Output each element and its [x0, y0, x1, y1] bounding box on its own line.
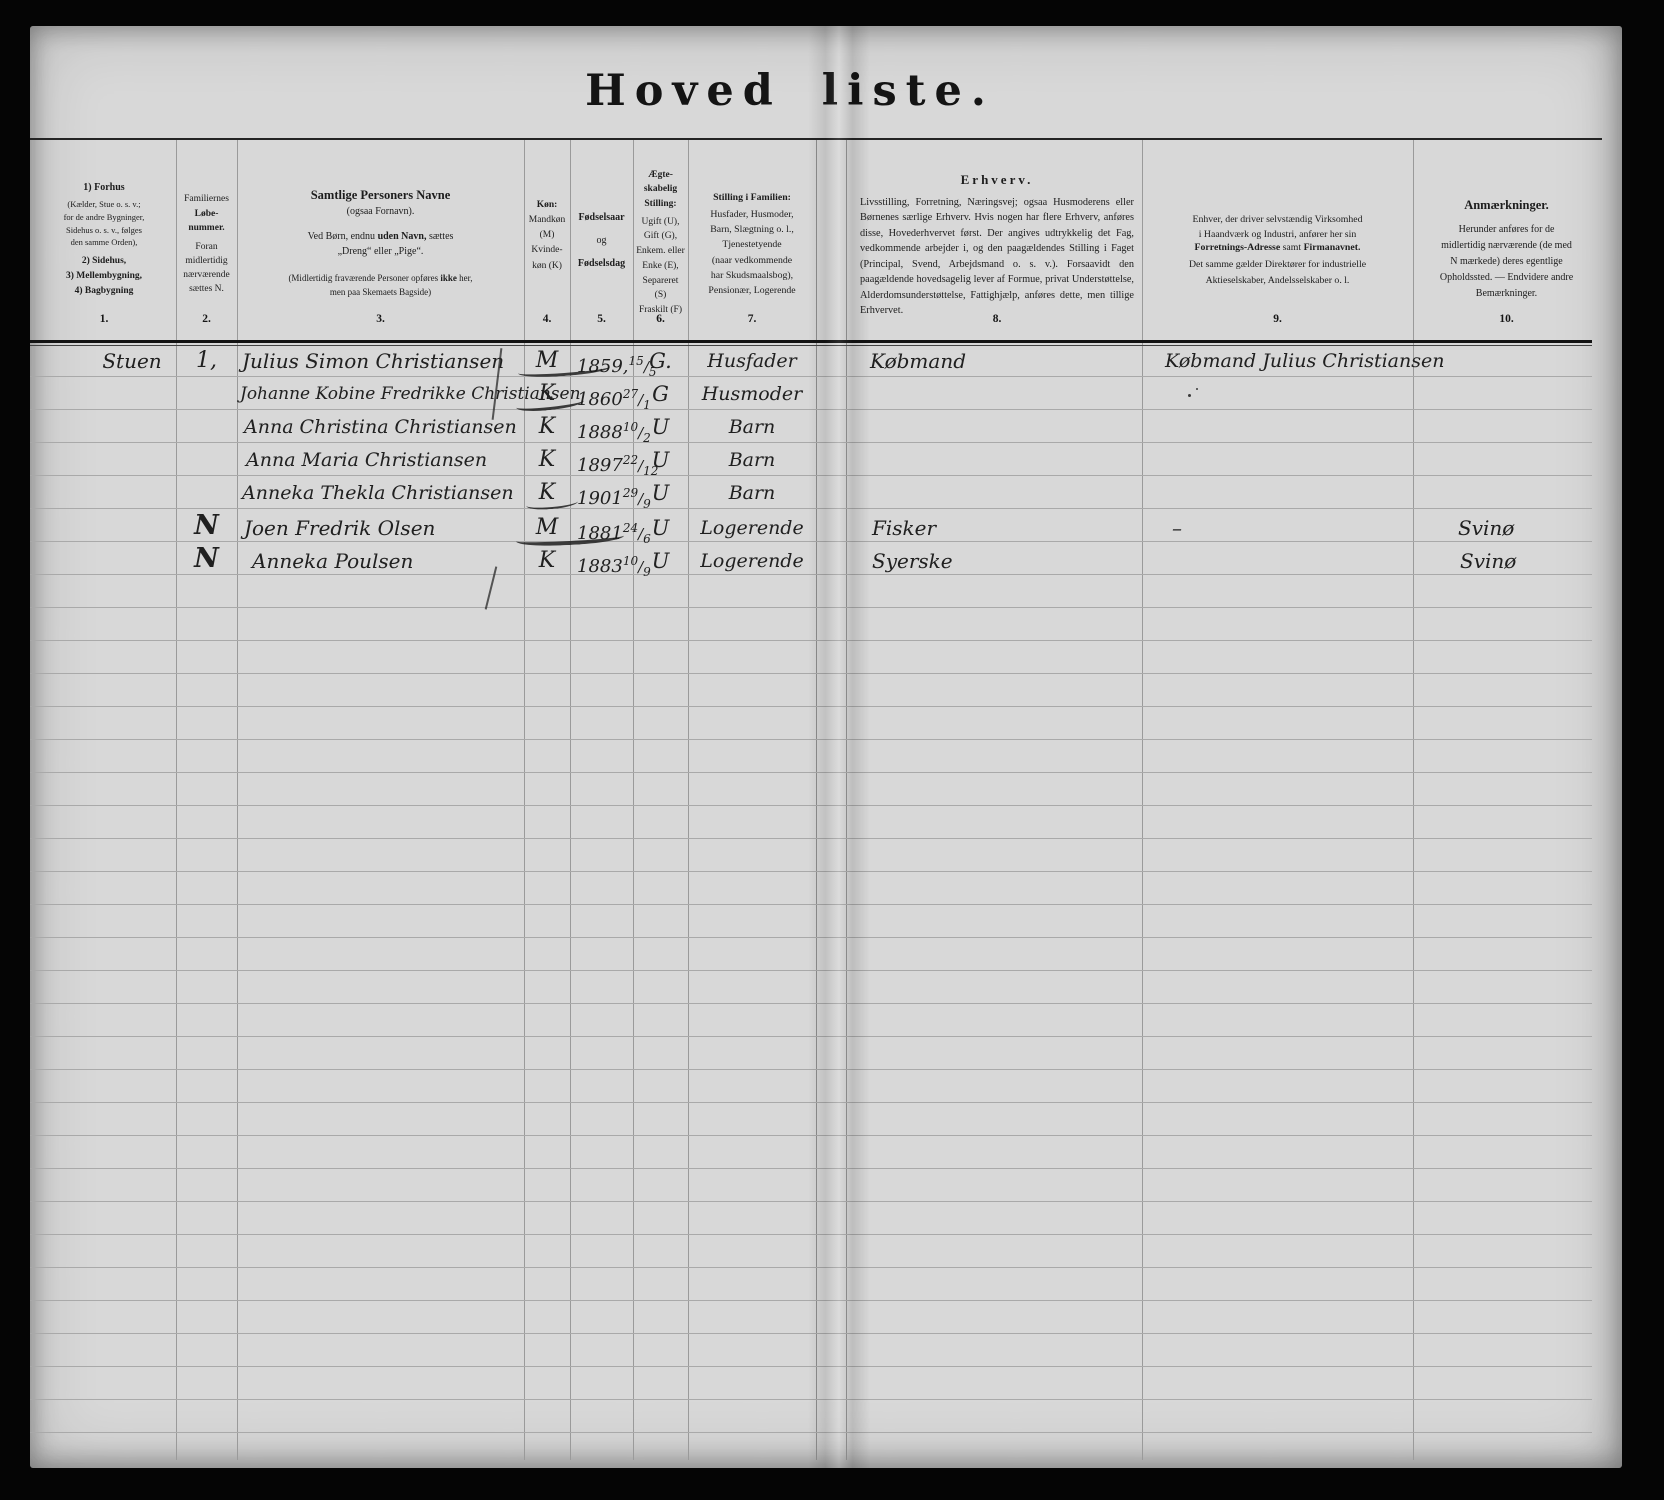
column-number: 1. — [32, 313, 176, 325]
header-text: Forretnings-Adresse — [1195, 242, 1281, 253]
header-text: ikke — [440, 273, 457, 283]
header-text: Mandkøn (M) Kvinde- køn (K) — [529, 213, 565, 274]
header-text: Husfader, Husmoder, Barn, Slægtning o. l… — [708, 207, 795, 298]
header-text: (Midlertidig fraværende Personer opføres… — [288, 272, 472, 299]
name-entry: Joen Fredrik Olsen — [244, 514, 435, 542]
header-text: Stilling i Familien: — [713, 192, 791, 203]
birth-year: 1860 — [577, 389, 623, 410]
occupation-entry: Fisker — [872, 514, 936, 542]
header-col-foedselsaar: Fødselsaar og Fødselsdag — [570, 140, 633, 340]
name-entry: Anna Christina Christiansen — [244, 413, 517, 441]
header-text: (Kælder, Stue o. s. v.; for de andre Byg… — [64, 198, 145, 249]
sex-entry: K — [524, 446, 570, 474]
sex-entry: K — [524, 413, 570, 441]
header-col-virksomhed: Enhver, der driver selvstændig Virksomhe… — [1142, 140, 1413, 340]
header-text: Foran midlertidig nærværende sættes N. — [183, 240, 229, 297]
header-text: Det samme gælder Direktører for industri… — [1189, 257, 1366, 287]
header-text: sættes — [426, 231, 453, 242]
occupation-entry: Købmand — [870, 347, 966, 375]
remarks-entry: Svinø — [1460, 547, 1516, 575]
column-number: 3. — [237, 313, 524, 325]
header-text: 4) Bagbygning — [75, 286, 134, 296]
header-text: Samtlige Personers Navne — [311, 188, 451, 203]
marital-status-entry: U — [633, 514, 688, 542]
marital-status-entry: G — [633, 380, 688, 408]
header-text: Ved Børn, endnu uden Navn, sættes — [308, 231, 454, 242]
column-number: 9. — [1142, 313, 1413, 325]
header-text: (Midlertidig fraværende Personer opføres — [288, 273, 440, 283]
ink-speck — [1196, 388, 1198, 390]
header-col-stilling-familien: Stilling i Familien: Husfader, Husmoder,… — [688, 140, 816, 340]
header-col-aegteskabelig: Ægte- skabelig Stilling: Ugift (U), Gift… — [633, 140, 688, 340]
birth-year: 1883 — [577, 556, 623, 577]
column-number: 4. — [524, 313, 570, 325]
marital-status-entry: U — [633, 413, 688, 441]
marital-status-entry: U — [633, 446, 688, 474]
fold-shadow — [808, 26, 870, 1468]
dwelling-entry: Stuen — [82, 347, 182, 375]
column-number: 6. — [633, 313, 688, 325]
family-position-entry: Husmoder — [688, 380, 816, 408]
header-text: Fødselsaar — [578, 212, 624, 223]
header-text: Køn: — [537, 200, 558, 210]
header-text: Herunder anføres for de midlertidig nærv… — [1440, 222, 1573, 302]
header-text: Erhverv. — [961, 172, 1034, 188]
header-text: Ved Børn, endnu — [308, 231, 378, 242]
column-number: 2. — [176, 313, 237, 325]
family-position-entry: Barn — [688, 479, 816, 507]
header-col-anmaerkninger: Anmærkninger. Herunder anføres for de mi… — [1413, 140, 1600, 340]
header-text: Løbe- nummer. — [188, 207, 224, 236]
n-mark-entry: N — [176, 512, 237, 540]
business-entry: – — [1172, 514, 1182, 542]
sex-entry: K — [524, 547, 570, 575]
business-entry: Købmand Julius Christiansen — [1165, 347, 1444, 375]
header-text: Livsstilling, Forretning, Næringsvej; og… — [852, 195, 1142, 319]
column-number: 10. — [1413, 313, 1600, 325]
marital-status-entry: G. — [633, 347, 688, 375]
name-entry: Anna Maria Christiansen — [246, 446, 487, 474]
family-position-entry: Barn — [688, 446, 816, 474]
name-entry: Julius Simon Christiansen — [242, 347, 504, 375]
marital-status-entry: U — [633, 547, 688, 575]
header-text: 2) Sidehus, — [82, 256, 126, 266]
header-text: Forretnings-Adresse samt Firmanavnet. — [1195, 242, 1361, 253]
scan-background: Hoved liste. 1) Forhus (Kælder, Stue o. … — [0, 0, 1664, 1500]
header-text: 1) Forhus — [83, 182, 124, 193]
occupation-entry: Syerske — [872, 547, 953, 575]
header-text: Ægte- skabelig Stilling: — [644, 168, 677, 211]
header-text: Firmanavnet. — [1304, 242, 1361, 253]
header-text: og — [597, 235, 607, 246]
family-position-entry: Logerende — [688, 547, 816, 575]
header-text: (ogsaa Fornavn). — [347, 206, 415, 217]
header-col-koen: Køn: Mandkøn (M) Kvinde- køn (K) — [524, 140, 570, 340]
family-position-entry: Husfader — [688, 347, 816, 375]
header-text: samt — [1280, 242, 1303, 253]
header-text: Fødselsdag — [578, 258, 625, 269]
remarks-entry: Svinø — [1458, 514, 1514, 542]
column-number: 8. — [852, 313, 1142, 325]
header-text: Familiernes — [184, 194, 229, 204]
column-number: 5. — [570, 313, 633, 325]
header-text: Enhver, der driver selvstændig Virksomhe… — [1193, 212, 1363, 242]
header-col-erhverv: Erhverv. Livsstilling, Forretning, Nærin… — [852, 140, 1142, 340]
header-text: „Dreng“ eller „Pige“. — [338, 246, 424, 257]
n-mark-entry: N — [176, 545, 237, 573]
birth-year: 1901 — [577, 488, 623, 509]
census-page: Hoved liste. 1) Forhus (Kælder, Stue o. … — [30, 26, 1622, 1468]
name-entry: Anneka Poulsen — [252, 547, 413, 575]
header-text: uden Navn, — [378, 231, 427, 242]
header-text: 3) Mellembygning, — [66, 271, 142, 281]
marital-status-entry: U — [633, 479, 688, 507]
family-number-entry: 1, — [176, 347, 237, 375]
family-position-entry: Logerende — [688, 514, 816, 542]
header-col-navne: Samtlige Personers Navne (ogsaa Fornavn)… — [237, 140, 524, 340]
ink-speck — [1188, 394, 1191, 397]
page-title: Hoved liste. — [570, 66, 1010, 116]
column-number: 7. — [688, 313, 816, 325]
header-col-loebenummer: Familiernes Løbe- nummer. Foran midlerti… — [176, 140, 237, 340]
birth-year: 1888 — [577, 422, 623, 443]
header-text: Ugift (U), Gift (G), Enkem. eller Enke (… — [636, 215, 685, 318]
header-col-forhus: 1) Forhus (Kælder, Stue o. s. v.; for de… — [32, 140, 176, 340]
birth-year: 1897 — [577, 455, 623, 476]
name-entry: Anneka Thekla Christiansen — [242, 479, 514, 507]
family-position-entry: Barn — [688, 413, 816, 441]
header-text: Anmærkninger. — [1464, 198, 1549, 213]
